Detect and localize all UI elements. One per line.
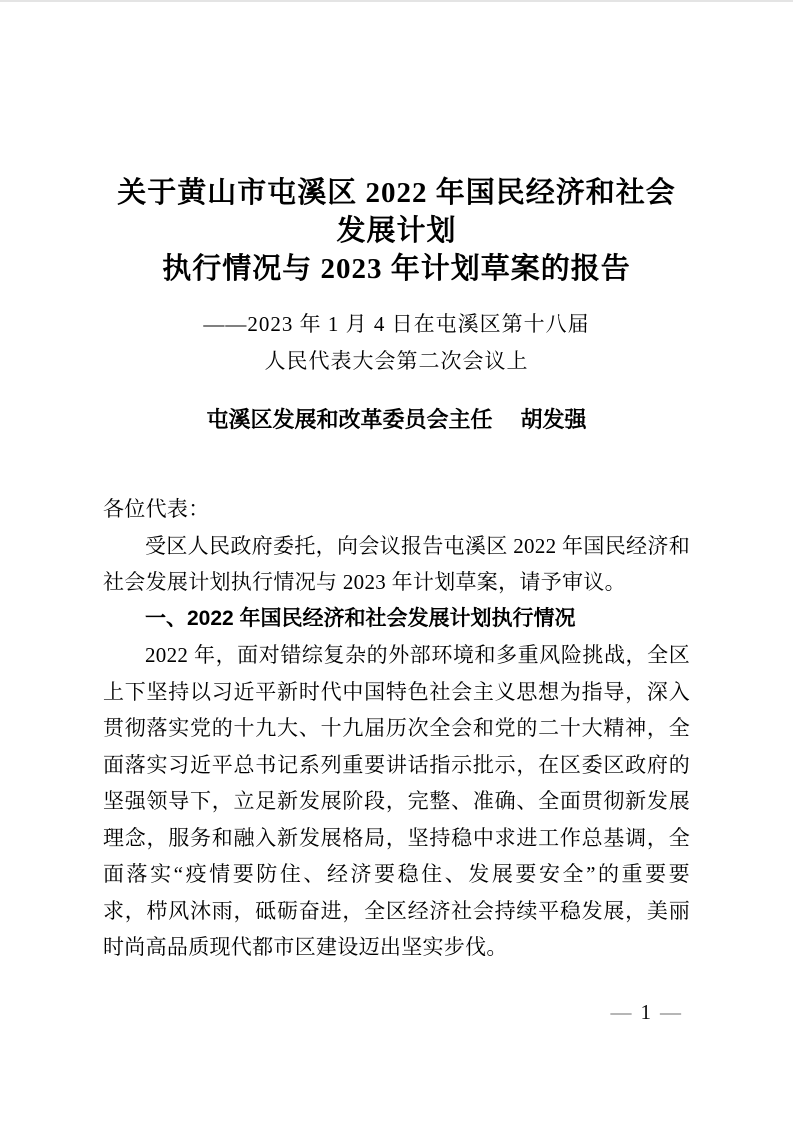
body-line: 坚强领导下，立足新发展阶段，完整、准确、全面贯彻新发展 <box>103 783 690 820</box>
title-line-2: 执行情况与 2023 年计划草案的报告 <box>103 250 690 288</box>
subtitle-line-2: 人民代表大会第二次会议上 <box>103 343 690 380</box>
document-content: 关于黄山市屯溪区 2022 年国民经济和社会发展计划 执行情况与 2023 年计… <box>103 2 690 966</box>
body-line: 面落实“疫情要防住、经济要稳住、发展要安全”的重要要 <box>103 856 690 893</box>
page-number-dash-right: — <box>660 1000 681 1024</box>
body-line: 贯彻落实党的十九大、十九届历次全会和党的二十大精神，全 <box>103 710 690 747</box>
page-number-value: 1 <box>641 1000 652 1024</box>
document-subtitle: ——2023 年 1 月 4 日在屯溪区第十八届 人民代表大会第二次会议上 <box>103 306 690 380</box>
body-line: 求，栉风沐雨，砥砺奋进，全区经济社会持续平稳发展，美丽 <box>103 893 690 930</box>
title-line-1: 关于黄山市屯溪区 2022 年国民经济和社会发展计划 <box>103 174 690 250</box>
body-line: 2022 年，面对错综复杂的外部环境和多重风险挑战，全区 <box>103 637 690 674</box>
page-number-dash-left: — <box>611 1000 632 1024</box>
body-line: 时尚高品质现代都市区建设迈出坚实步伐。 <box>103 929 690 966</box>
body-line: 面落实习近平总书记系列重要讲话指示批示，在区委区政府的 <box>103 747 690 784</box>
salutation: 各位代表： <box>103 491 690 528</box>
section-heading: 一、2022 年国民经济和社会发展计划执行情况 <box>103 601 690 638</box>
subtitle-line-1: ——2023 年 1 月 4 日在屯溪区第十八届 <box>103 306 690 343</box>
page-number: —1— <box>611 1000 682 1024</box>
body-line: 理念，服务和融入新发展格局，坚持稳中求进工作总基调，全 <box>103 820 690 857</box>
presenter-line: 屯溪区发展和改革委员会主任 胡发强 <box>103 401 690 439</box>
body-line: 受区人民政府委托，向会议报告屯溪区 2022 年国民经济和 <box>103 528 690 565</box>
document-title: 关于黄山市屯溪区 2022 年国民经济和社会发展计划 执行情况与 2023 年计… <box>103 2 690 288</box>
body-line: 上下坚持以习近平新时代中国特色社会主义思想为指导，深入 <box>103 674 690 711</box>
paragraphs: 受区人民政府委托，向会议报告屯溪区 2022 年国民经济和社会发展计划执行情况与… <box>103 528 690 966</box>
body-line: 社会发展计划执行情况与 2023 年计划草案，请予审议。 <box>103 564 690 601</box>
document-body: 各位代表： 受区人民政府委托，向会议报告屯溪区 2022 年国民经济和社会发展计… <box>103 491 690 966</box>
document-page: 关于黄山市屯溪区 2022 年国民经济和社会发展计划 执行情况与 2023 年计… <box>0 0 793 1122</box>
